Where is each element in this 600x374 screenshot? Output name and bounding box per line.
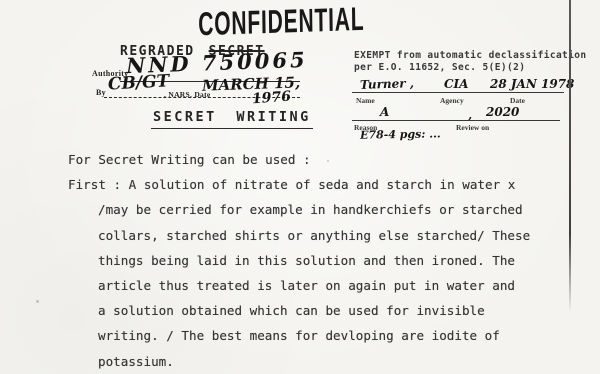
name-label: Name: [356, 96, 375, 105]
exempt-review-handwritten: 2020: [486, 105, 519, 119]
exempt-note-handwritten: E78-4 pgs: ...: [360, 127, 441, 141]
exempt-underline-1: [352, 92, 564, 93]
body-line: collars, starched shirts or anything els…: [68, 223, 578, 248]
confidential-stamp: CONFIDENTIAL: [198, 1, 365, 44]
date-label: Date: [510, 96, 525, 105]
agency-label: Agency: [440, 96, 464, 105]
exempt-reason-handwritten: A: [380, 105, 389, 119]
exempt-underline-2: [352, 120, 560, 121]
document-body: For Secret Writing can be used : First :…: [68, 147, 578, 374]
body-line: First : A solution of nitrate of seda an…: [68, 172, 578, 197]
document-title: SECRET WRITING: [151, 109, 313, 129]
body-line: things being laid in this solution and t…: [68, 248, 578, 273]
exempt-date-handwritten: 28 JAN 1978: [490, 77, 574, 91]
review-on-label: Review on: [456, 123, 489, 132]
body-intro-line: For Secret Writing can be used :: [68, 147, 578, 172]
regrade-stamp: REGRADEDSECRET Authority NND 750065 By C…: [84, 42, 314, 112]
body-line: a solution obtained which can be used fo…: [68, 298, 578, 323]
exempt-agency-handwritten: CIA: [444, 77, 468, 91]
paper-speck: [327, 160, 329, 162]
body-line: article thus treated is later on again p…: [68, 273, 578, 298]
exempt-line-1: EXEMPT from automatic declassification: [354, 50, 587, 61]
by-initials-handwritten: CB/GT: [108, 71, 170, 94]
scanned-document-page: CONFIDENTIAL REGRADEDSECRET Authority NN…: [0, 0, 600, 374]
stamp-year-handwritten: 1976: [251, 89, 291, 108]
exempt-line-2: per E.O. 11652, Sec. 5(E)(2): [354, 62, 525, 73]
by-label: By: [96, 88, 106, 97]
body-line: writing. / The best means for devloping …: [68, 323, 578, 348]
body-line: potassium.: [68, 349, 578, 374]
exempt-name-handwritten: Turner ,: [360, 76, 414, 92]
body-line: /may be cerried for example in handkerch…: [68, 197, 578, 222]
exempt-declassification-box: EXEMPT from automatic declassification p…: [352, 50, 572, 148]
paper-speck: [36, 300, 39, 303]
